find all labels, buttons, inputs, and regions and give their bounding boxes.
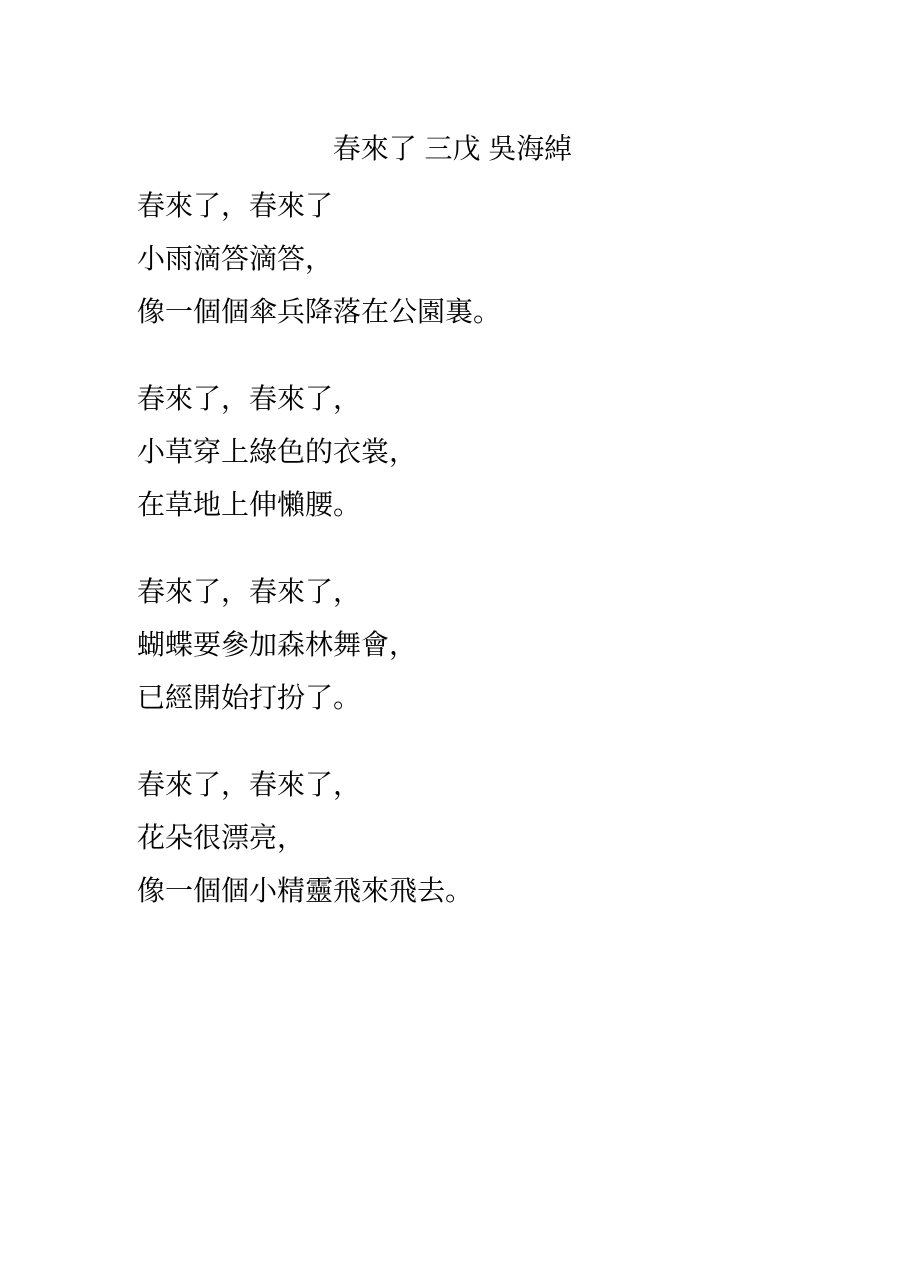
poem-line: 蝴蝶要參加森林舞會， <box>137 618 805 671</box>
poem-line: 花朵很漂亮， <box>137 811 805 864</box>
poem-line: 已經開始打扮了。 <box>137 671 805 724</box>
poem-line: 像一個個小精靈飛來飛去。 <box>137 864 805 917</box>
stanza-2: 春來了，春來了， 小草穿上綠色的衣裳， 在草地上伸懶腰。 <box>137 372 805 531</box>
stanza-1: 春來了，春來了 小雨滴答滴答， 像一個個傘兵降落在公園裏。 <box>137 179 805 338</box>
poem-line: 春來了，春來了， <box>137 372 805 425</box>
stanza-4: 春來了，春來了， 花朵很漂亮， 像一個個小精靈飛來飛去。 <box>137 758 805 917</box>
poem-line: 春來了，春來了， <box>137 758 805 811</box>
poem-line: 小草穿上綠色的衣裳， <box>137 425 805 478</box>
poem-line: 像一個個傘兵降落在公園裏。 <box>137 285 805 338</box>
poem-line: 春來了，春來了， <box>137 565 805 618</box>
poem-line: 在草地上伸懶腰。 <box>137 478 805 531</box>
poem-title: 春來了 三戊 吳海綽 <box>0 122 905 175</box>
poem-line: 春來了，春來了 <box>137 179 805 232</box>
document-page: 春來了 三戊 吳海綽 春來了，春來了 小雨滴答滴答， 像一個個傘兵降落在公園裏。… <box>0 0 905 1280</box>
poem-line: 小雨滴答滴答， <box>137 232 805 285</box>
stanza-3: 春來了，春來了， 蝴蝶要參加森林舞會， 已經開始打扮了。 <box>137 565 805 724</box>
